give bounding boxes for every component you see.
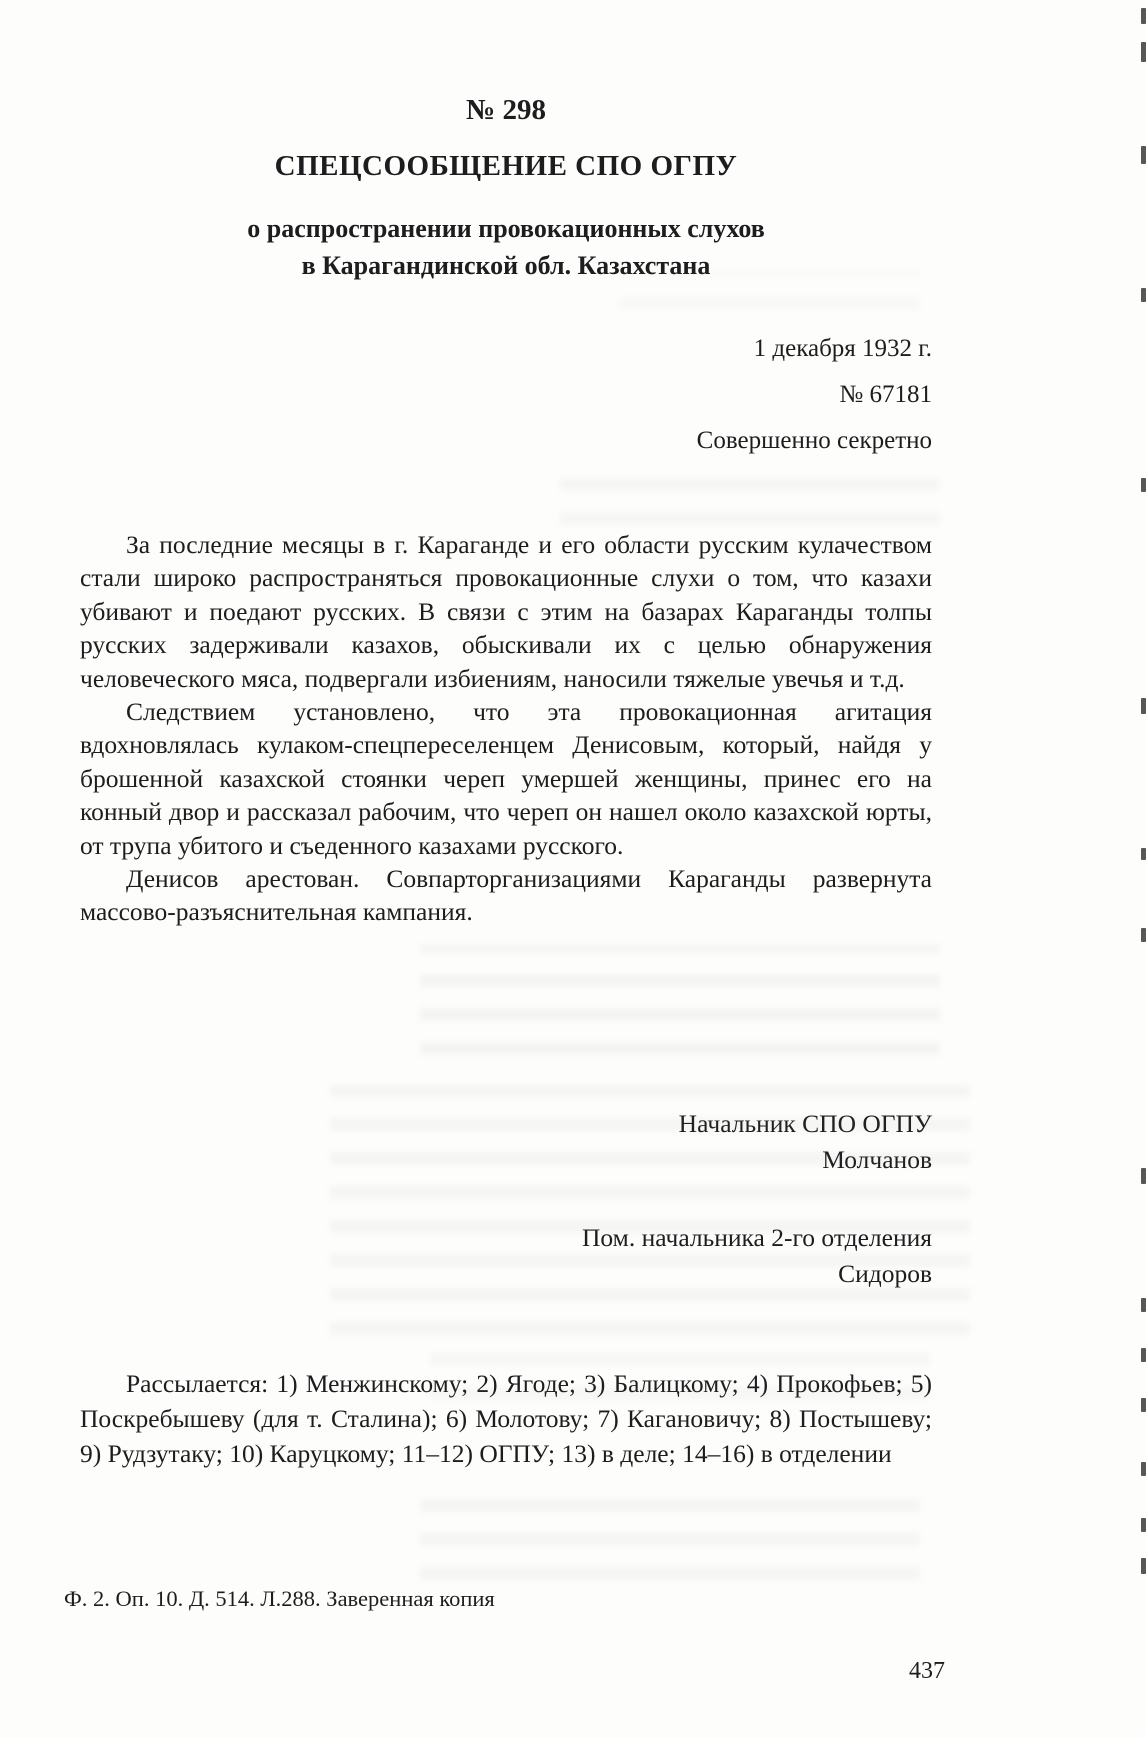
page-number: 437: [909, 1658, 945, 1685]
scan-edge-artifact: [1141, 1518, 1146, 1532]
scan-edge-artifact: [1141, 1398, 1146, 1412]
document-subtitle-line-1: о распространении провокационных слухов: [80, 210, 932, 247]
scan-edge-artifact: [1141, 928, 1146, 942]
signature-block-chief: Начальник СПО ОГПУ Молчанов: [80, 1106, 932, 1178]
document-page: № 298 СПЕЦСООБЩЕНИЕ СПО ОГПУ о распростр…: [0, 0, 1146, 1738]
scan-edge-artifact: [1141, 698, 1146, 714]
document-date: 1 декабря 1932 г.: [80, 334, 932, 364]
signature-name-chief: Молчанов: [80, 1142, 932, 1178]
scan-edge-artifact: [1141, 288, 1146, 302]
classification-stamp: Совершенно секретно: [80, 426, 932, 456]
scan-edge-artifact: [1141, 1348, 1146, 1362]
document-meta: 1 декабря 1932 г. № 67181 Совершенно сек…: [80, 334, 932, 472]
archival-reference: Ф. 2. Оп. 10. Д. 514. Л.288. Заверенная …: [64, 1586, 495, 1612]
scan-edge-artifact: [1141, 1558, 1146, 1574]
bleed-through-artifact: [420, 1480, 920, 1580]
body-paragraph-1: За последние месяцы в г. Караганде и его…: [80, 528, 932, 695]
signature-name-deputy: Сидоров: [80, 1256, 932, 1292]
document-number: № 298: [80, 94, 932, 127]
body-paragraph-3: Денисов арестован. Совпарторганизациями …: [80, 862, 932, 929]
document-title: СПЕЦСООБЩЕНИЕ СПО ОГПУ: [80, 150, 932, 183]
document-ref-number: № 67181: [80, 380, 932, 410]
scan-edge-artifact: [1141, 8, 1146, 24]
scan-edge-artifact: [1141, 1462, 1146, 1476]
body-paragraph-2: Следствием установлено, что эта провокац…: [80, 695, 932, 862]
document-subtitle: о распространении провокационных слухов …: [80, 210, 932, 284]
distribution-list: Рассылается: 1) Менжинскому; 2) Ягоде; 3…: [80, 1366, 932, 1471]
bleed-through-artifact: [420, 945, 940, 1055]
scan-edge-artifact: [1141, 478, 1146, 492]
document-body: За последние месяцы в г. Караганде и его…: [80, 528, 932, 929]
signature-title-deputy: Пом. начальника 2-го отделения: [80, 1220, 932, 1256]
signature-block-deputy: Пом. начальника 2-го отделения Сидоров: [80, 1220, 932, 1292]
scan-edge-artifact: [1141, 1168, 1146, 1184]
scan-edge-artifact: [1141, 1298, 1146, 1312]
document-subtitle-line-2: в Карагандинской обл. Казахстана: [80, 247, 932, 284]
scan-edge-artifact: [1141, 848, 1146, 860]
signature-title-chief: Начальник СПО ОГПУ: [80, 1106, 932, 1142]
bleed-through-artifact: [560, 465, 940, 525]
scan-edge-artifact: [1141, 42, 1146, 62]
scan-edge-artifact: [1141, 146, 1146, 164]
